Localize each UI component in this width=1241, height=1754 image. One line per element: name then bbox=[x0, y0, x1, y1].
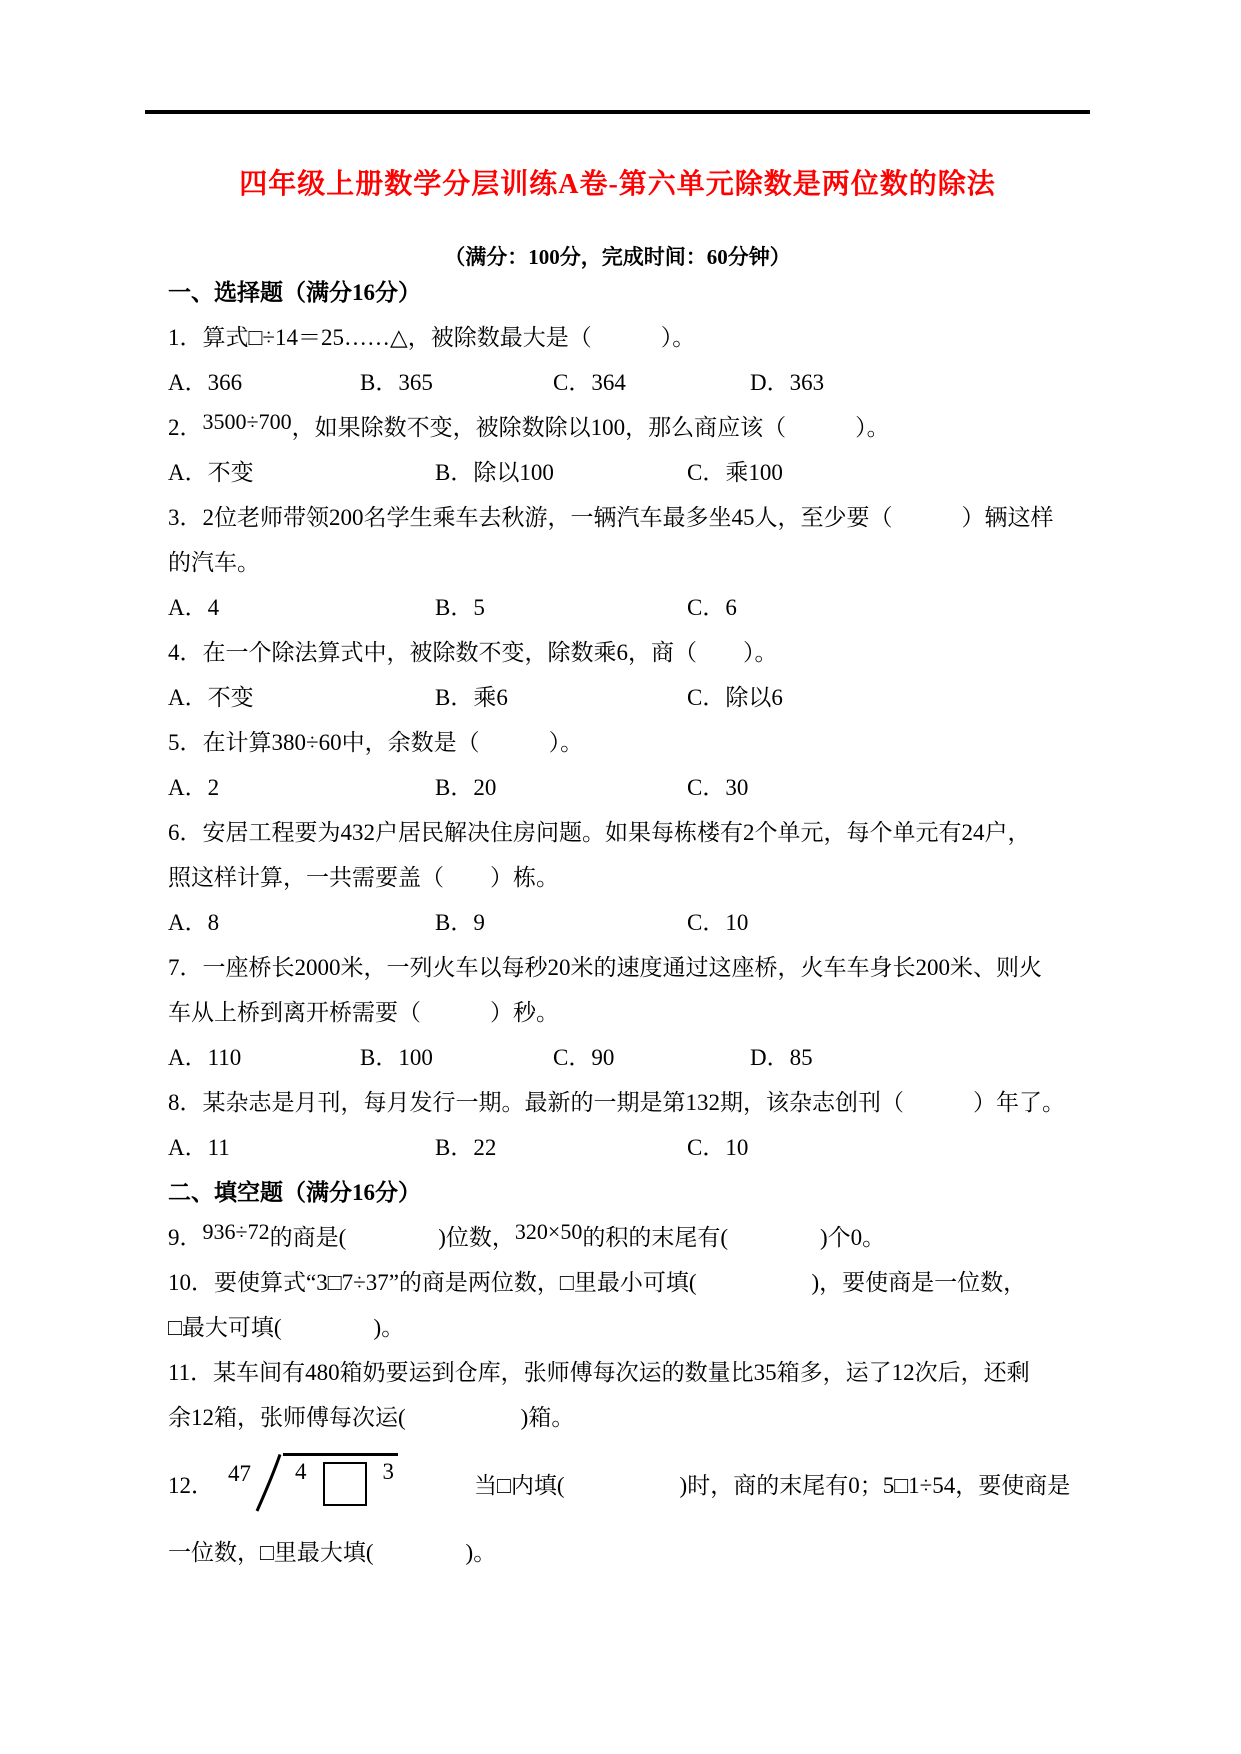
question-4-text: 4．在一个除法算式中，被除数不变，除数乘6，商（ ）。 bbox=[168, 630, 1098, 675]
division-dividend: 4 3 bbox=[283, 1453, 398, 1518]
question-5-text: 5．在计算380÷60中，余数是（ ）。 bbox=[168, 720, 1098, 765]
option-a: A．11 bbox=[168, 1125, 435, 1170]
option-c: C．6 bbox=[687, 585, 737, 630]
question-2-number: 2． bbox=[168, 415, 203, 440]
option-a: A．4 bbox=[168, 585, 435, 630]
option-a: A．110 bbox=[168, 1035, 360, 1080]
option-c: C．10 bbox=[687, 900, 748, 945]
option-b: B．365 bbox=[360, 360, 553, 405]
question-11-text-line2: 余12箱，张师傅每次运( )箱。 bbox=[168, 1395, 1098, 1440]
question-8-text: 8．某杂志是月刊，每月发行一期。最新的一期是第132期，该杂志创刊（ ）年了。 bbox=[168, 1080, 1098, 1125]
option-a: A．8 bbox=[168, 900, 435, 945]
option-c: C．除以6 bbox=[687, 675, 783, 720]
question-10-text-line2: □最大可填( )。 bbox=[168, 1305, 1098, 1350]
long-division-bracket bbox=[253, 1453, 283, 1513]
question-8-options: A．11 B．22 C．10 bbox=[168, 1125, 1098, 1170]
blank-box bbox=[323, 1462, 367, 1506]
page-subtitle: （满分：100分，完成时间：60分钟） bbox=[145, 241, 1090, 271]
question-9-text-mid: 的商是( )位数， bbox=[270, 1225, 515, 1250]
question-1-text: 1．算式□÷14＝25……△，被除数最大是（ ）。 bbox=[168, 315, 1098, 360]
option-c: C．乘100 bbox=[687, 450, 783, 495]
division-divisor: 47 bbox=[228, 1453, 251, 1485]
option-b: B．20 bbox=[435, 765, 687, 810]
option-a: A．不变 bbox=[168, 675, 435, 720]
dividend-digit-right: 3 bbox=[383, 1460, 395, 1483]
dividend-digit-left: 4 bbox=[295, 1460, 307, 1483]
question-12-number: 12． bbox=[168, 1463, 214, 1508]
question-6-text-line2: 照这样计算，一共需要盖（ ）栋。 bbox=[168, 855, 1098, 900]
question-9-text-rest: 的积的末尾有( )个0。 bbox=[582, 1225, 885, 1250]
option-c: C．30 bbox=[687, 765, 748, 810]
question-10-text-line1: 10．要使算式“3□7÷37”的商是两位数，□里最小可填( )，要使商是一位数， bbox=[168, 1260, 1098, 1305]
question-12-text: 当□内填( )时，商的末尾有0；5□1÷54，要使商是 bbox=[474, 1463, 1070, 1508]
question-12-text-line2: 一位数，□里最大填( )。 bbox=[168, 1530, 1098, 1575]
question-12-row: 12． 47 4 3 当□内填( )时，商的末尾有0；5□1÷54，要使商是 bbox=[168, 1440, 1098, 1530]
question-6-options: A．8 B．9 C．10 bbox=[168, 900, 1098, 945]
option-c: C．90 bbox=[553, 1035, 750, 1080]
option-c: C．10 bbox=[687, 1125, 748, 1170]
option-d: D．85 bbox=[750, 1035, 813, 1080]
question-9-equation-2: 320×50 bbox=[515, 1219, 582, 1244]
question-2-options: A．不变 B．除以100 C．乘100 bbox=[168, 450, 1098, 495]
question-2-text-rest: ，如果除数不变，被除数除以100，那么商应该（ ）。 bbox=[292, 415, 890, 440]
question-11-text-line1: 11．某车间有480箱奶要运到仓库，张师傅每次运的数量比35箱多，运了12次后，… bbox=[168, 1350, 1098, 1395]
option-a: A．2 bbox=[168, 765, 435, 810]
question-5-options: A．2 B．20 C．30 bbox=[168, 765, 1098, 810]
section2-heading: 二、填空题（满分16分） bbox=[168, 1170, 1098, 1215]
question-2-text: 2．3500÷700，如果除数不变，被除数除以100，那么商应该（ ）。 bbox=[168, 405, 1098, 450]
option-c: C．364 bbox=[553, 360, 750, 405]
question-7-options: A．110 B．100 C．90 D．85 bbox=[168, 1035, 1098, 1080]
question-2-equation: 3500÷700 bbox=[203, 409, 292, 434]
question-7-text-line2: 车从上桥到离开桥需要（ ）秒。 bbox=[168, 990, 1098, 1035]
question-9-number: 9． bbox=[168, 1225, 203, 1250]
option-a: A．不变 bbox=[168, 450, 435, 495]
option-b: B．22 bbox=[435, 1125, 687, 1170]
question-3-text-line2: 的汽车。 bbox=[168, 540, 1098, 585]
question-9-text: 9．936÷72的商是( )位数，320×50的积的末尾有( )个0。 bbox=[168, 1215, 1098, 1260]
option-d: D．363 bbox=[750, 360, 824, 405]
question-9-equation-1: 936÷72 bbox=[203, 1219, 270, 1244]
option-b: B．100 bbox=[360, 1035, 553, 1080]
option-b: B．乘6 bbox=[435, 675, 687, 720]
question-1-options: A．366 B．365 C．364 D．363 bbox=[168, 360, 1098, 405]
option-b: B．5 bbox=[435, 585, 687, 630]
option-a: A．366 bbox=[168, 360, 360, 405]
header-rule bbox=[145, 110, 1090, 114]
long-division-figure: 47 4 3 bbox=[228, 1453, 398, 1517]
question-4-options: A．不变 B．乘6 C．除以6 bbox=[168, 675, 1098, 720]
question-3-options: A．4 B．5 C．6 bbox=[168, 585, 1098, 630]
question-3-text-line1: 3．2位老师带领200名学生乘车去秋游，一辆汽车最多坐45人，至少要（ ）辆这样 bbox=[168, 495, 1098, 540]
worksheet-body: 一、选择题（满分16分） 1．算式□÷14＝25……△，被除数最大是（ ）。 A… bbox=[168, 270, 1098, 1575]
worksheet-page: 四年级上册数学分层训练A卷-第六单元除数是两位数的除法 （满分：100分，完成时… bbox=[0, 0, 1241, 1754]
page-title: 四年级上册数学分层训练A卷-第六单元除数是两位数的除法 bbox=[145, 162, 1090, 202]
section1-heading: 一、选择题（满分16分） bbox=[168, 270, 1098, 315]
option-b: B．9 bbox=[435, 900, 687, 945]
question-7-text-line1: 7．一座桥长2000米，一列火车以每秒20米的速度通过这座桥，火车车身长200米… bbox=[168, 945, 1098, 990]
question-6-text-line1: 6．安居工程要为432户居民解决住房问题。如果每栋楼有2个单元，每个单元有24户… bbox=[168, 810, 1098, 855]
option-b: B．除以100 bbox=[435, 450, 687, 495]
